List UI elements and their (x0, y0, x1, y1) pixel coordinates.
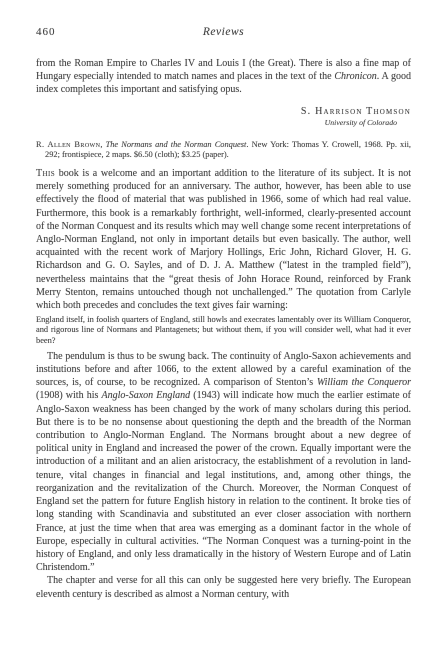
running-head: 460 Reviews (36, 26, 411, 41)
review-closing-paragraph: The chapter and verse for all this can o… (36, 574, 411, 600)
running-head-title: Reviews (36, 26, 411, 38)
journal-page: 460 Reviews from the Roman Empire to Cha… (0, 0, 444, 657)
reviewer-affiliation: University of Colorado (36, 118, 397, 127)
review-opening-paragraph: This book is a welcome and an important … (36, 167, 411, 312)
carlyle-block-quote: England itself, in foolish quarters of E… (36, 315, 411, 346)
reviewer-signature-block: S. Harrison Thomson University of Colora… (36, 106, 411, 127)
prev-review-closing-paragraph: from the Roman Empire to Charles IV and … (36, 57, 411, 97)
reviewer-name: S. Harrison Thomson (36, 106, 411, 117)
book-citation: R. Allen Brown, The Normans and the Norm… (36, 140, 411, 160)
review-body-paragraph: The pendulum is thus to be swung back. T… (36, 350, 411, 574)
page-number: 460 (36, 26, 56, 38)
